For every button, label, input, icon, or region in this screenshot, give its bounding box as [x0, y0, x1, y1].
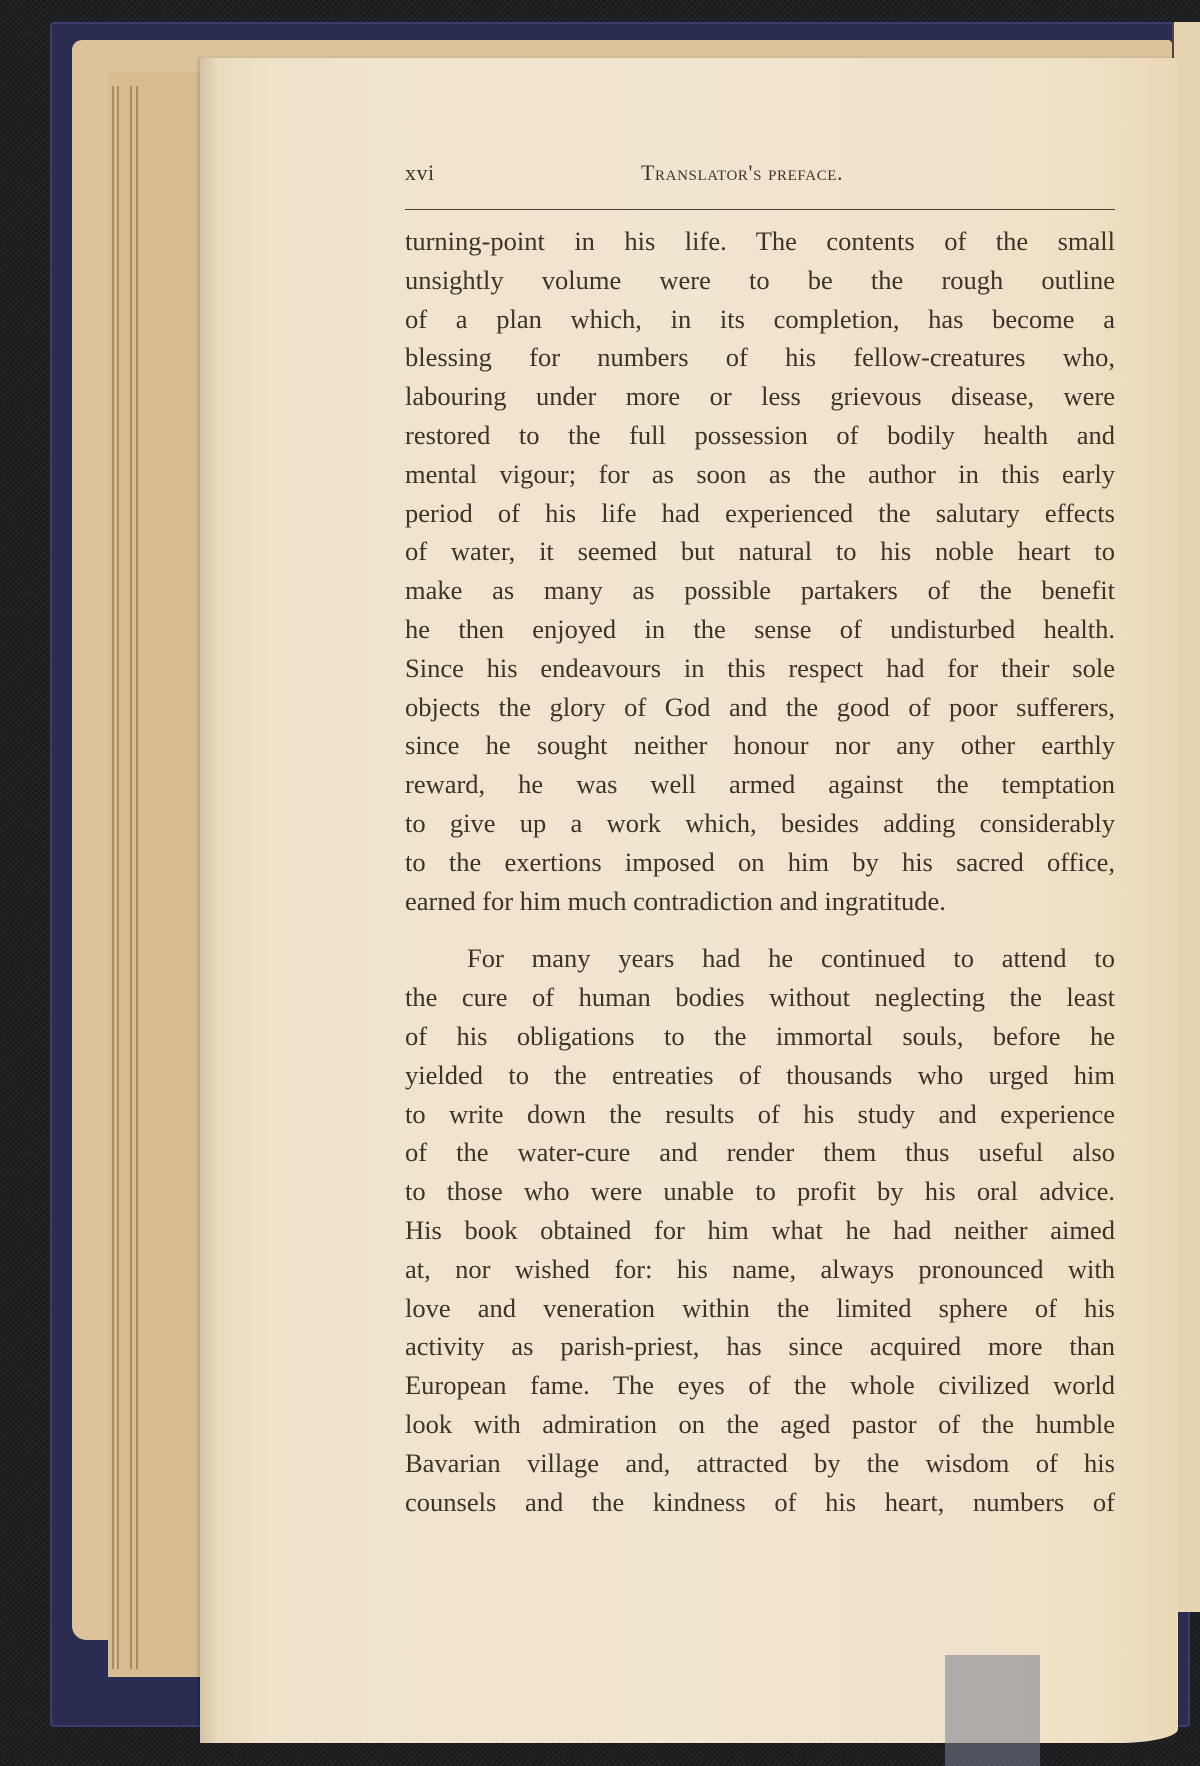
gutter-shadow	[200, 58, 218, 1743]
text-line: to write down the results of his study a…	[405, 1095, 1115, 1134]
text-line: His book obtained for him what he had ne…	[405, 1211, 1115, 1250]
text-line: activity as parish-priest, has since acq…	[405, 1327, 1115, 1366]
page-edge-line	[112, 86, 114, 1669]
text-line: of a plan which, in its completion, has …	[405, 300, 1115, 339]
paragraph-2: For many years had he continued to atten…	[405, 939, 1115, 1521]
paragraph-gap	[405, 920, 1115, 939]
text-line: counsels and the kindness of his heart, …	[405, 1483, 1115, 1522]
page-edge-line	[130, 86, 132, 1669]
text-line: mental vigour; for as soon as the author…	[405, 455, 1115, 494]
text-line: European fame. The eyes of the whole civ…	[405, 1366, 1115, 1405]
page-number: xvi	[405, 160, 435, 186]
running-head: xvi Translator's preface.	[405, 160, 1115, 194]
text-line: unsightly volume were to be the rough ou…	[405, 261, 1115, 300]
text-line: since he sought neither honour nor any o…	[405, 726, 1115, 765]
text-line: yielded to the entreaties of thousands w…	[405, 1056, 1115, 1095]
page-edge-line	[136, 86, 138, 1669]
text-line: earned for him much contradiction and in…	[405, 882, 1115, 921]
holding-strap	[945, 1655, 1040, 1766]
paragraph-1: turning-point in his life. The contents …	[405, 222, 1115, 920]
text-line: Since his endeavours in this respect had…	[405, 649, 1115, 688]
text-line: at, nor wished for: his name, always pro…	[405, 1250, 1115, 1289]
text-line: to give up a work which, besides adding …	[405, 804, 1115, 843]
text-line: to those who were unable to profit by hi…	[405, 1172, 1115, 1211]
body-text: turning-point in his life. The contents …	[405, 222, 1115, 1521]
text-line: turning-point in his life. The contents …	[405, 222, 1115, 261]
running-title: Translator's preface.	[641, 160, 843, 186]
text-line: blessing for numbers of his fellow-creat…	[405, 338, 1115, 377]
text-line: the cure of human bodies without neglect…	[405, 978, 1115, 1017]
text-line: Bavarian village and, attracted by the w…	[405, 1444, 1115, 1483]
text-line: love and veneration within the limited s…	[405, 1289, 1115, 1328]
page-edge-line	[117, 86, 119, 1669]
text-line: look with admiration on the aged pastor …	[405, 1405, 1115, 1444]
text-line: For many years had he continued to atten…	[405, 939, 1115, 978]
text-line: of water, it seemed but natural to his n…	[405, 532, 1115, 571]
text-line: labouring under more or less grievous di…	[405, 377, 1115, 416]
text-line: he then enjoyed in the sense of undistur…	[405, 610, 1115, 649]
text-line: make as many as possible partakers of th…	[405, 571, 1115, 610]
text-line: period of his life had experienced the s…	[405, 494, 1115, 533]
header-rule	[405, 209, 1115, 210]
text-line: of the water-cure and render them thus u…	[405, 1133, 1115, 1172]
text-line: of his obligations to the immortal souls…	[405, 1017, 1115, 1056]
text-line: objects the glory of God and the good of…	[405, 688, 1115, 727]
text-line: restored to the full possession of bodil…	[405, 416, 1115, 455]
text-line: reward, he was well armed against the te…	[405, 765, 1115, 804]
text-line: to the exertions imposed on him by his s…	[405, 843, 1115, 882]
